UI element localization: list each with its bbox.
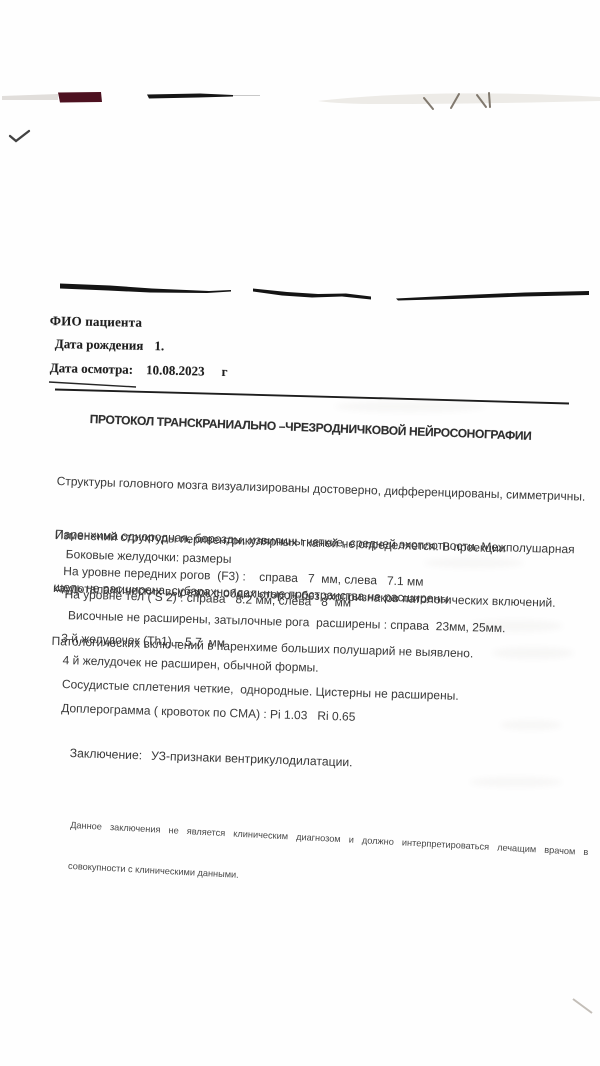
header-rule-line	[55, 390, 569, 404]
disclaimer-line: Данное заключения не является клинически…	[70, 819, 589, 860]
checkmark-mark	[10, 131, 29, 141]
finding-line: Доплерограмма ( кровоток по СМА) : Pi 1.…	[61, 701, 356, 724]
redaction-stroke-2	[253, 289, 371, 300]
finding-line: На уровне тел ( S 2) : справа 8.2 мм, сл…	[64, 587, 351, 609]
finding-line: Сосудистые сплетения четкие, однородные.…	[62, 677, 459, 703]
scan-smudge	[335, 401, 485, 412]
finding-line: 4 й желудочек не расширен, обычной формы…	[62, 653, 318, 675]
red-marker-stain	[58, 92, 102, 103]
finding-line: На уровне передних рогов (F3) : справа 7…	[63, 564, 424, 589]
birth-date-row: Дата рождения1.	[55, 336, 165, 354]
bottom-diagonal-mark	[573, 999, 592, 1013]
birth-date-value: 1.	[154, 338, 164, 353]
exam-date-underline	[49, 382, 136, 387]
exam-date-value: 10.08.2023	[146, 362, 205, 378]
exam-date-row: Дата осмотра:10.08.2023г	[50, 360, 228, 380]
black-streak-mark	[147, 94, 233, 99]
gray-streak-mark	[2, 94, 58, 100]
finding-line: 3 й желудочек (Th1) – 5.7 мм	[61, 631, 225, 650]
scanned-medical-report-page: ФИО пациента Дата рождения1. Дата осмотр…	[0, 0, 600, 1066]
conclusion-label: Заключение:	[70, 746, 143, 762]
conclusion-text: УЗ-признаки вентрикулодилатации.	[151, 749, 353, 770]
patient-name-label: ФИО пациента	[50, 313, 143, 331]
redaction-stroke-1	[60, 284, 231, 294]
ventricle-measurements-block: Боковые желудочки: размеры На уровне пер…	[57, 547, 592, 743]
report-title: ПРОТОКОЛ ТРАНСКРАНИАЛЬНО –ЧРЕЗРОДНИЧКОВО…	[89, 412, 531, 443]
redaction-stroke-3	[396, 291, 589, 301]
exam-date-suffix: г	[221, 364, 227, 379]
pen-strokes	[424, 93, 490, 109]
exam-date-label: Дата осмотра:	[50, 360, 134, 377]
fold-shadow-band	[318, 93, 600, 104]
finding-line: Височные не расширены, затылочные рога р…	[68, 608, 506, 635]
scan-smudge	[470, 777, 562, 787]
birth-date-label: Дата рождения	[55, 336, 144, 353]
disclaimer-line: совокупности с клиническими данными.	[68, 860, 587, 901]
disclaimer-paragraph: Данное заключения не является клинически…	[66, 791, 590, 928]
conclusion-row: Заключение:УЗ-признаки вентрикулодилатац…	[70, 746, 353, 769]
